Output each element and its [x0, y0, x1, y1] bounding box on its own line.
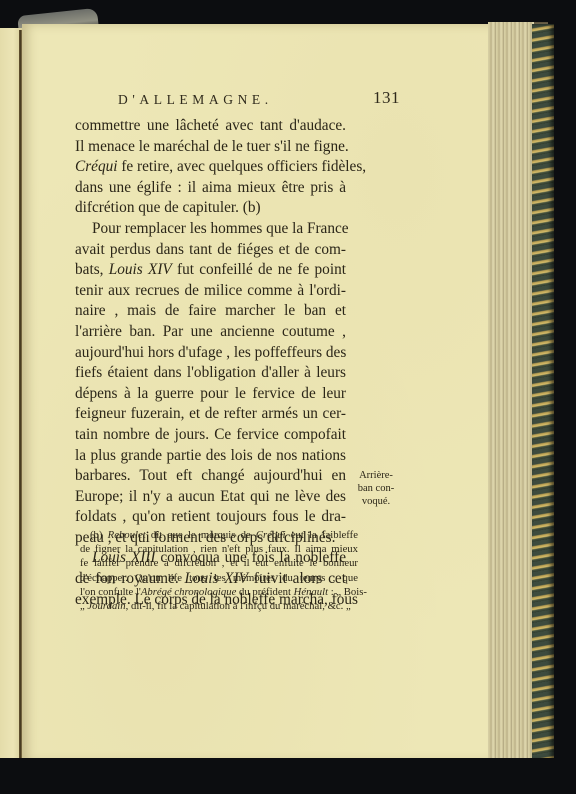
name-italic: Jourdain	[87, 600, 125, 612]
marginal-note: Arrière- ban con- voqué.	[352, 469, 400, 508]
text-line: Il menace le maréchal de le tuer s'il ne…	[75, 137, 346, 158]
text-line: Europe; il n'y a aucun Etat qui ne lève …	[75, 487, 346, 508]
name-italic: Créqui	[256, 529, 286, 541]
text-line: aujourd'hui hors d'ufage , les poffeffeu…	[75, 343, 346, 364]
text-span: fe retire, avec quelques officiers fidèl…	[118, 158, 367, 175]
footnote-line: (b) Reboulet dit que le marquis de Créqu…	[80, 528, 358, 542]
text-line: difcrétion que de capituler. (b)	[75, 198, 346, 219]
text-span: bats,	[75, 261, 109, 278]
name-italic: Créqui	[75, 158, 118, 175]
marginal-note-line: Arrière-	[352, 469, 400, 482]
name-italic: Reboulet	[108, 529, 146, 541]
footnote: (b) Reboulet dit que le marquis de Créqu…	[80, 528, 358, 613]
page-number: 131	[373, 88, 400, 108]
text-line: feigneur fuzerain, et de refter armés un…	[75, 404, 346, 425]
text-line: dépens à la guerre pour le fervice de le…	[75, 384, 346, 405]
text-span: fut confeillé de ne fe point	[172, 261, 346, 278]
footnote-line: l'on confulte l'Abrégé chronologique du …	[80, 585, 358, 599]
text-line: barbares. Tout eft changé aujourd'hui en	[75, 466, 346, 487]
name-italic: Louis XIV	[109, 261, 172, 278]
footnote-line: „ Jourdain, dit-il, fit la capitulation …	[80, 599, 358, 613]
text-line: l'arrière ban. Par une ancienne coutume …	[75, 322, 346, 343]
text-line: la plus grande partie des lois de nos na…	[75, 446, 346, 467]
marginal-note-line: voqué.	[352, 495, 400, 508]
text-line: dans une églife : il aima mieux être pri…	[75, 178, 346, 199]
text-span: , dit-il, fit la capitulation à l'infçu …	[126, 600, 351, 612]
text-span: du préfident	[236, 586, 293, 598]
book-scan: D'ALLEMAGNE. 131 commettre une lâcheté a…	[0, 0, 576, 794]
text-line: tenir aux recrues de milice comme à l'or…	[75, 281, 346, 302]
background-shadow	[0, 758, 576, 794]
text-line: bats, Louis XIV fut confeillé de ne fe p…	[75, 260, 346, 281]
footnote-marker: (b)	[90, 529, 108, 541]
text-line: Créqui fe retire, avec quelques officier…	[75, 157, 346, 178]
text-span: l'on confulte l'	[80, 586, 141, 598]
text-span: dit que le marquis de	[146, 529, 256, 541]
marginal-note-line: ban con-	[352, 482, 400, 495]
footnote-line: de figner la capitulation , rien n'eft p…	[80, 542, 358, 556]
footnote-line: fe laiffer prendre à difcrétion , et il …	[80, 556, 358, 570]
text-span: : „ Bois-	[328, 586, 367, 598]
text-span: eut la faibleffe	[286, 529, 358, 541]
text-line: foldats , qu'on retient toujours fous le…	[75, 507, 346, 528]
text-line: tain nombre de jours. Ce fervice compofa…	[75, 425, 346, 446]
footnote-line: d'échapper. Qu'on life tous les mémoires…	[80, 571, 358, 585]
book-title-italic: Abrégé chronologique	[141, 586, 236, 598]
text-line: commettre une lâcheté avec tant d'audace…	[75, 116, 346, 137]
name-italic: Hénault	[294, 586, 328, 598]
page-edges	[488, 22, 534, 762]
gilt-spine	[532, 24, 554, 760]
text-line: fiefs étaient dans l'obligation d'aller …	[75, 363, 346, 384]
text-line: avait perdus dans tant de fiéges et de c…	[75, 240, 346, 261]
text-line: naire , mais de faire marcher le ban et	[75, 301, 346, 322]
paragraph-start-line: Pour remplacer les hommes que la France	[75, 219, 346, 240]
